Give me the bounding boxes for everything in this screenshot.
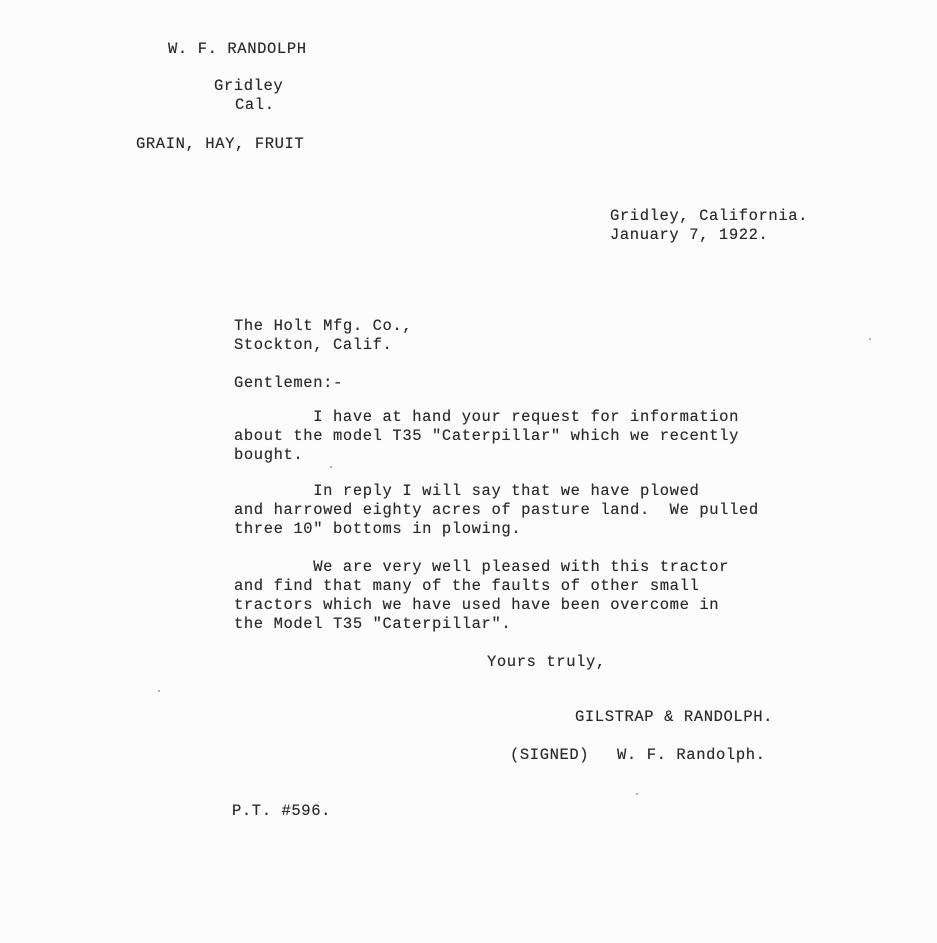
salutation: Gentlemen:- [234, 374, 343, 393]
body-paragraph-1-line-1: I have at hand your request for informat… [234, 408, 739, 427]
body-paragraph-1-line-2: about the model T35 "Caterpillar" which … [234, 427, 739, 446]
paper-speck [158, 690, 160, 692]
recipient-line-2: Stockton, Calif. [234, 336, 392, 355]
recipient-line-1: The Holt Mfg. Co., [234, 317, 412, 336]
letterhead-state: Cal. [235, 96, 275, 115]
signed-label: (SIGNED) [510, 746, 589, 765]
body-paragraph-1-line-3: bought. [234, 446, 303, 465]
body-paragraph-3-line-3: tractors which we have used have been ov… [234, 596, 719, 615]
letterhead-town: Gridley [214, 77, 283, 96]
paper-speck [869, 338, 871, 340]
body-paragraph-2-line-3: three 10" bottoms in plowing. [234, 520, 521, 539]
complimentary-close: Yours truly, [487, 653, 606, 672]
signer-name: W. F. Randolph. [617, 746, 766, 765]
body-paragraph-3-line-1: We are very well pleased with this tract… [234, 558, 729, 577]
dateline-date: January 7, 1922. [610, 226, 768, 245]
body-paragraph-2-line-2: and harrowed eighty acres of pasture lan… [234, 501, 759, 520]
letterhead-products: GRAIN, HAY, FRUIT [136, 135, 304, 154]
letter-page: W. F. RANDOLPH Gridley Cal. GRAIN, HAY, … [0, 0, 937, 943]
body-paragraph-2-line-1: In reply I will say that we have plowed [234, 482, 699, 501]
body-paragraph-3-line-2: and find that many of the faults of othe… [234, 577, 699, 596]
dateline-place: Gridley, California. [610, 207, 808, 226]
letterhead-name: W. F. RANDOLPH [168, 40, 307, 59]
firm-name: GILSTRAP & RANDOLPH. [575, 708, 773, 727]
body-paragraph-3-line-4: the Model T35 "Caterpillar". [234, 615, 511, 634]
reference-number: P.T. #596. [232, 802, 331, 821]
paper-speck [330, 466, 332, 468]
paper-speck [636, 793, 638, 795]
